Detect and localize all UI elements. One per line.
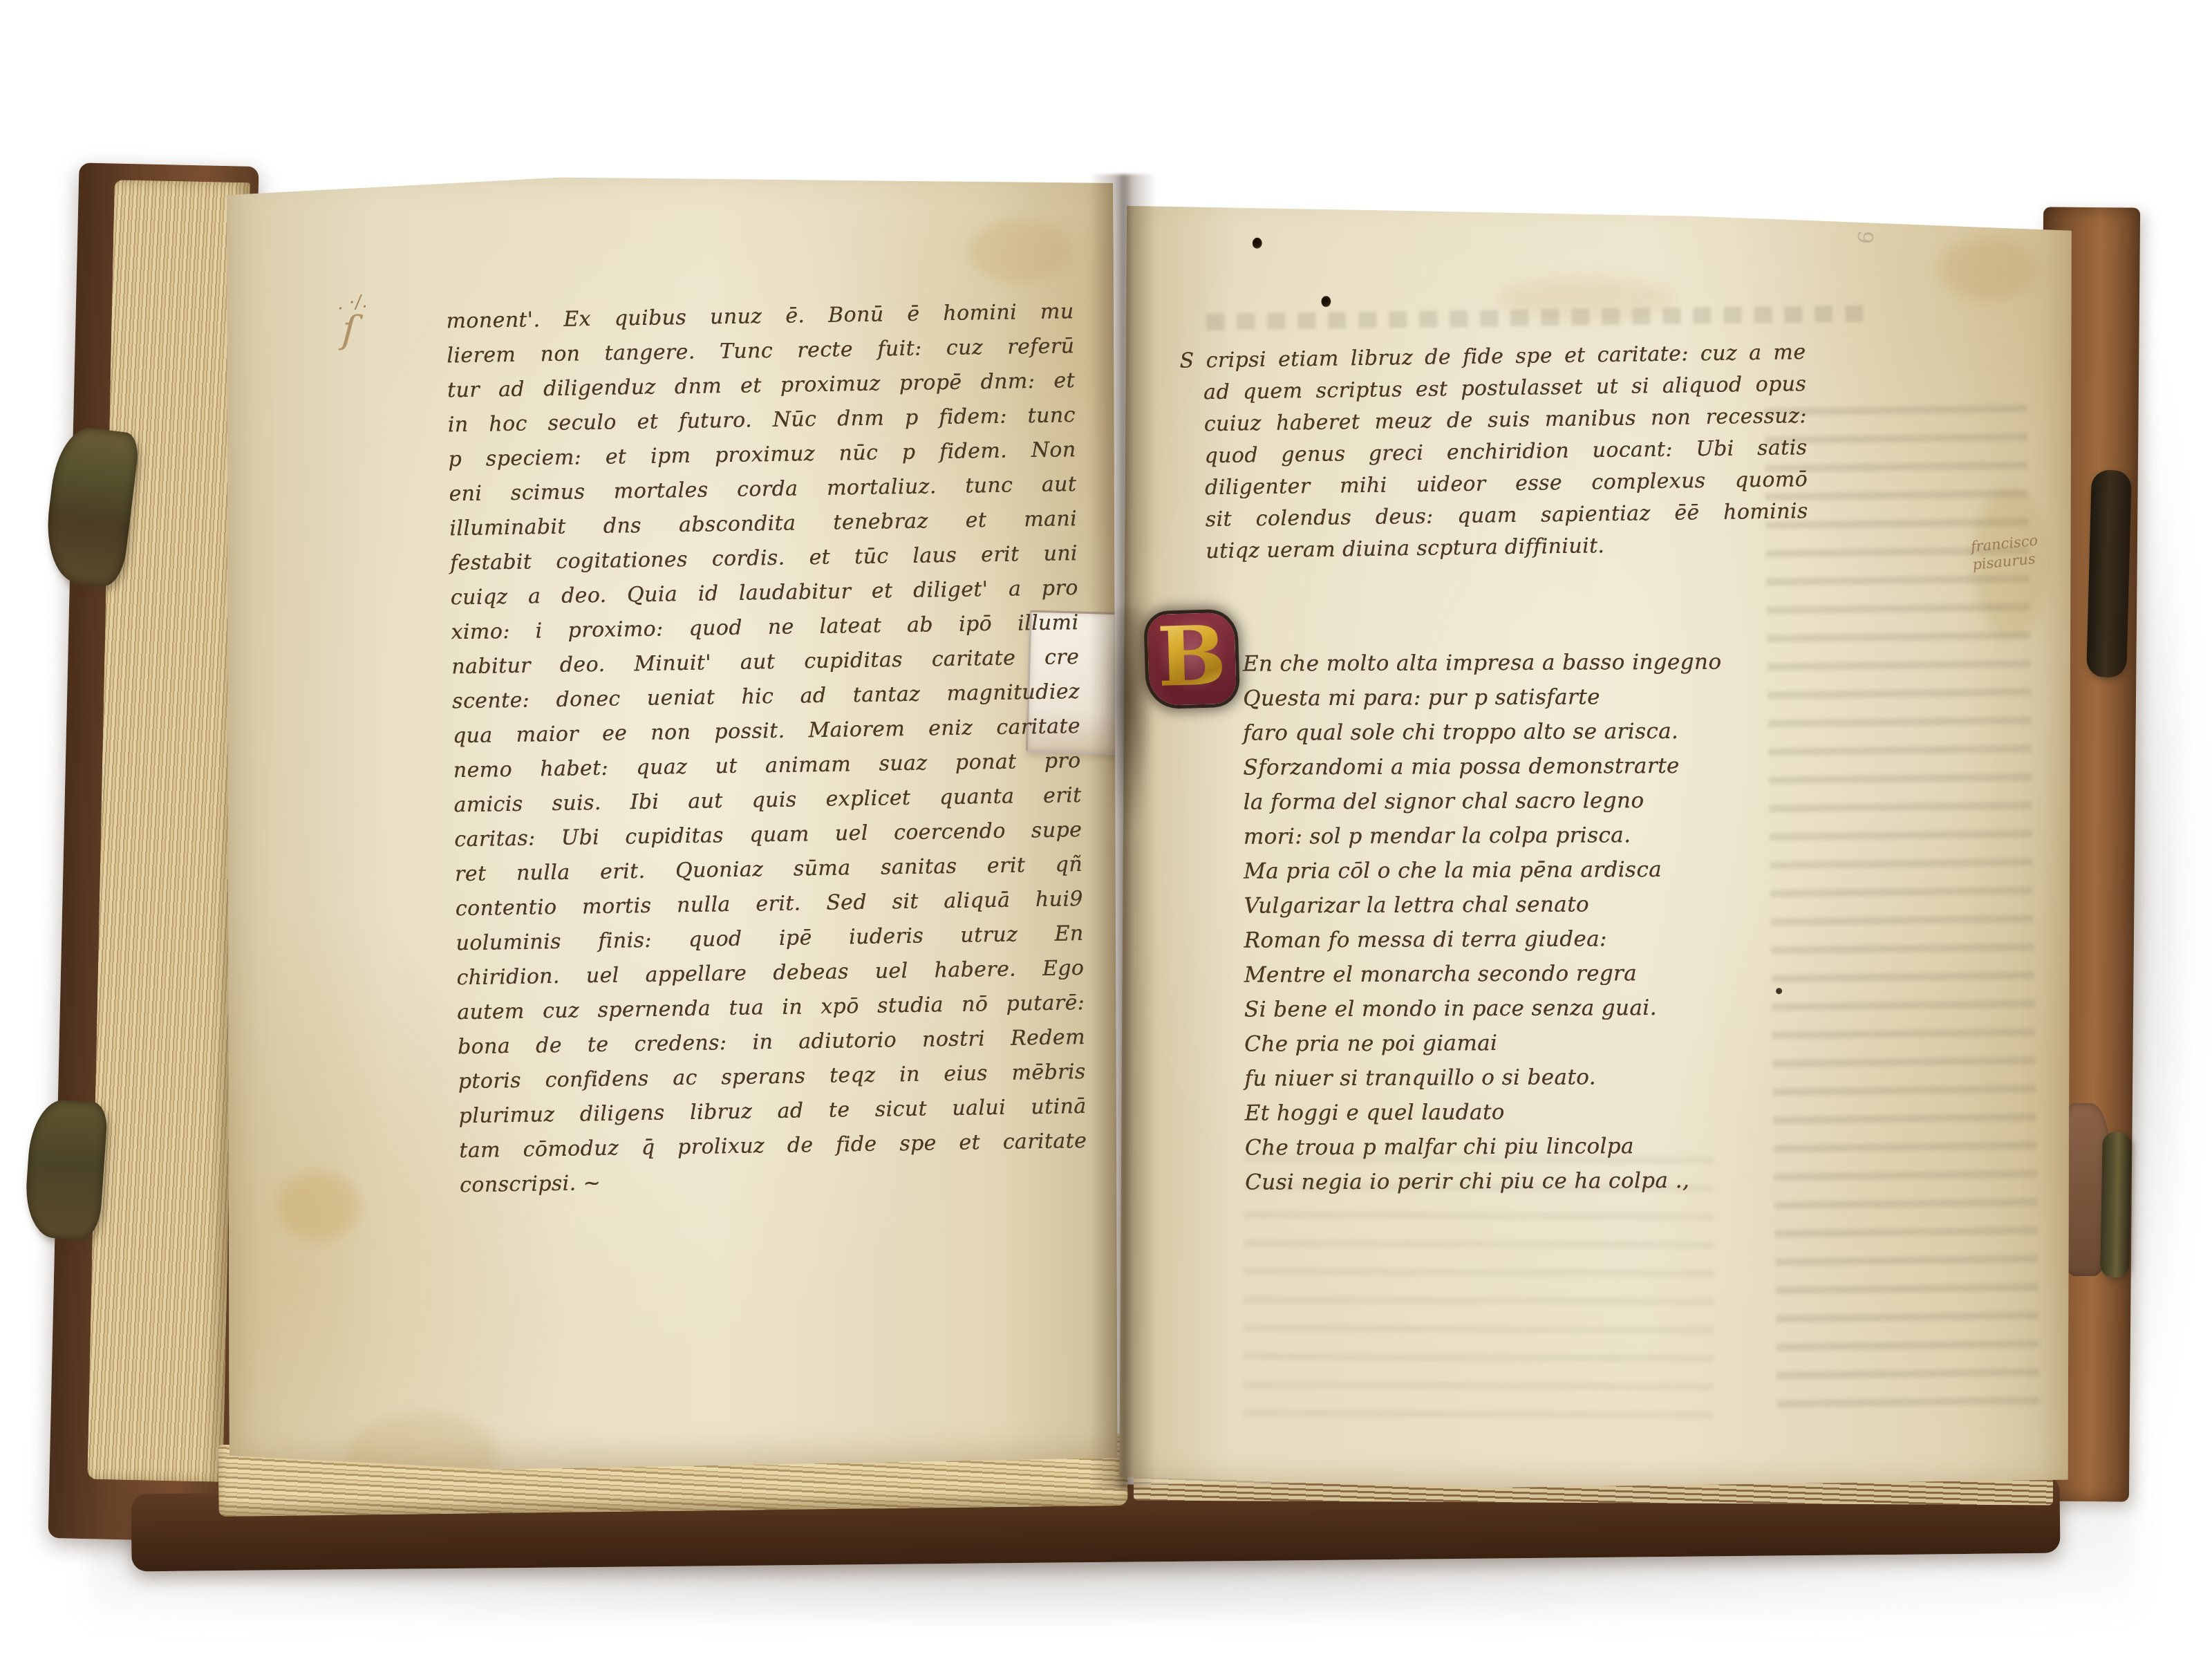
right-clasp-catch-bottom [2100,1132,2132,1278]
right-page: 9 S cripsi etiam libruz de fide spe et c… [1118,193,2074,1495]
poem-line: Che pria ne poi giamai [1244,1024,1853,1062]
marginal-squiggle: ſ [341,316,371,345]
left-page-stack-edge [87,180,250,1482]
poem-line: mori: sol p mendar la colpa prisca. [1244,817,1852,854]
left-clasp-remnant-bottom [23,1098,109,1241]
right-page-poem: En che molto alta impresa a basso ingegn… [1243,644,1853,1200]
right-page-paragraph: S cripsi etiam libruz de fide spe et car… [1179,337,1808,568]
manuscript-photo: . ·/. ſ monent'. Ex quibus unuz ē. Bonū … [0,0,2212,1659]
poem-line: En che molto alta impresa a basso ingegn… [1243,644,1851,682]
parchment-stain [276,1172,359,1241]
left-page: . ·/. ſ monent'. Ex quibus unuz ē. Bonū … [221,171,1121,1474]
poem-line: la forma del signor chal sacro legno [1244,782,1852,820]
poem-line: Ma pria cōl o che la mia pēna ardisca [1244,852,1852,889]
parchment-stain [1939,238,2036,301]
gutter-dark-blob [1105,608,1153,829]
poem-line: Et hoggi e quel laudato [1245,1094,1853,1131]
marginal-mark: . ·/. ſ [337,291,371,346]
parchment-stain [968,220,1073,283]
worm-hole [1321,296,1331,307]
ink-bleedthrough [1206,305,1870,330]
poem-line: Si bene el mondo in pace senza guai. [1244,990,1853,1027]
poem-line: Vulgarizar la lettra chal senato [1244,886,1852,924]
right-clasp-strap-top [2086,469,2132,677]
poem-line: Mentre el monarcha secondo regra [1244,955,1853,993]
poem-line: Che troua p malfar chi piu lincolpa [1245,1128,1853,1165]
illuminated-initial-letter: B [1156,615,1227,698]
poem-line: Roman fo messa di terra giudea: [1244,921,1853,958]
left-page-text-block: monent'. Ex quibus unuz ē. Bonū ē homini… [446,294,1087,1203]
poem-line: Questa mi para: pur p satisfarte [1243,679,1851,716]
worm-hole [1253,238,1262,249]
poem-line: fu niuer si tranquillo o si beato. [1244,1059,1853,1096]
gutter-shadow [1089,174,1156,1489]
poem-line: Cusi negia io perir chi piu ce ha colpa … [1245,1163,1853,1200]
poem-line: faro qual sole chi troppo alto se arisca… [1243,713,1851,751]
illuminated-initial-frame: B [1147,612,1237,706]
poem-line: Sforzandomi a mia possa demonstrarte [1243,748,1851,785]
folio-number: 9 [1852,229,1877,245]
